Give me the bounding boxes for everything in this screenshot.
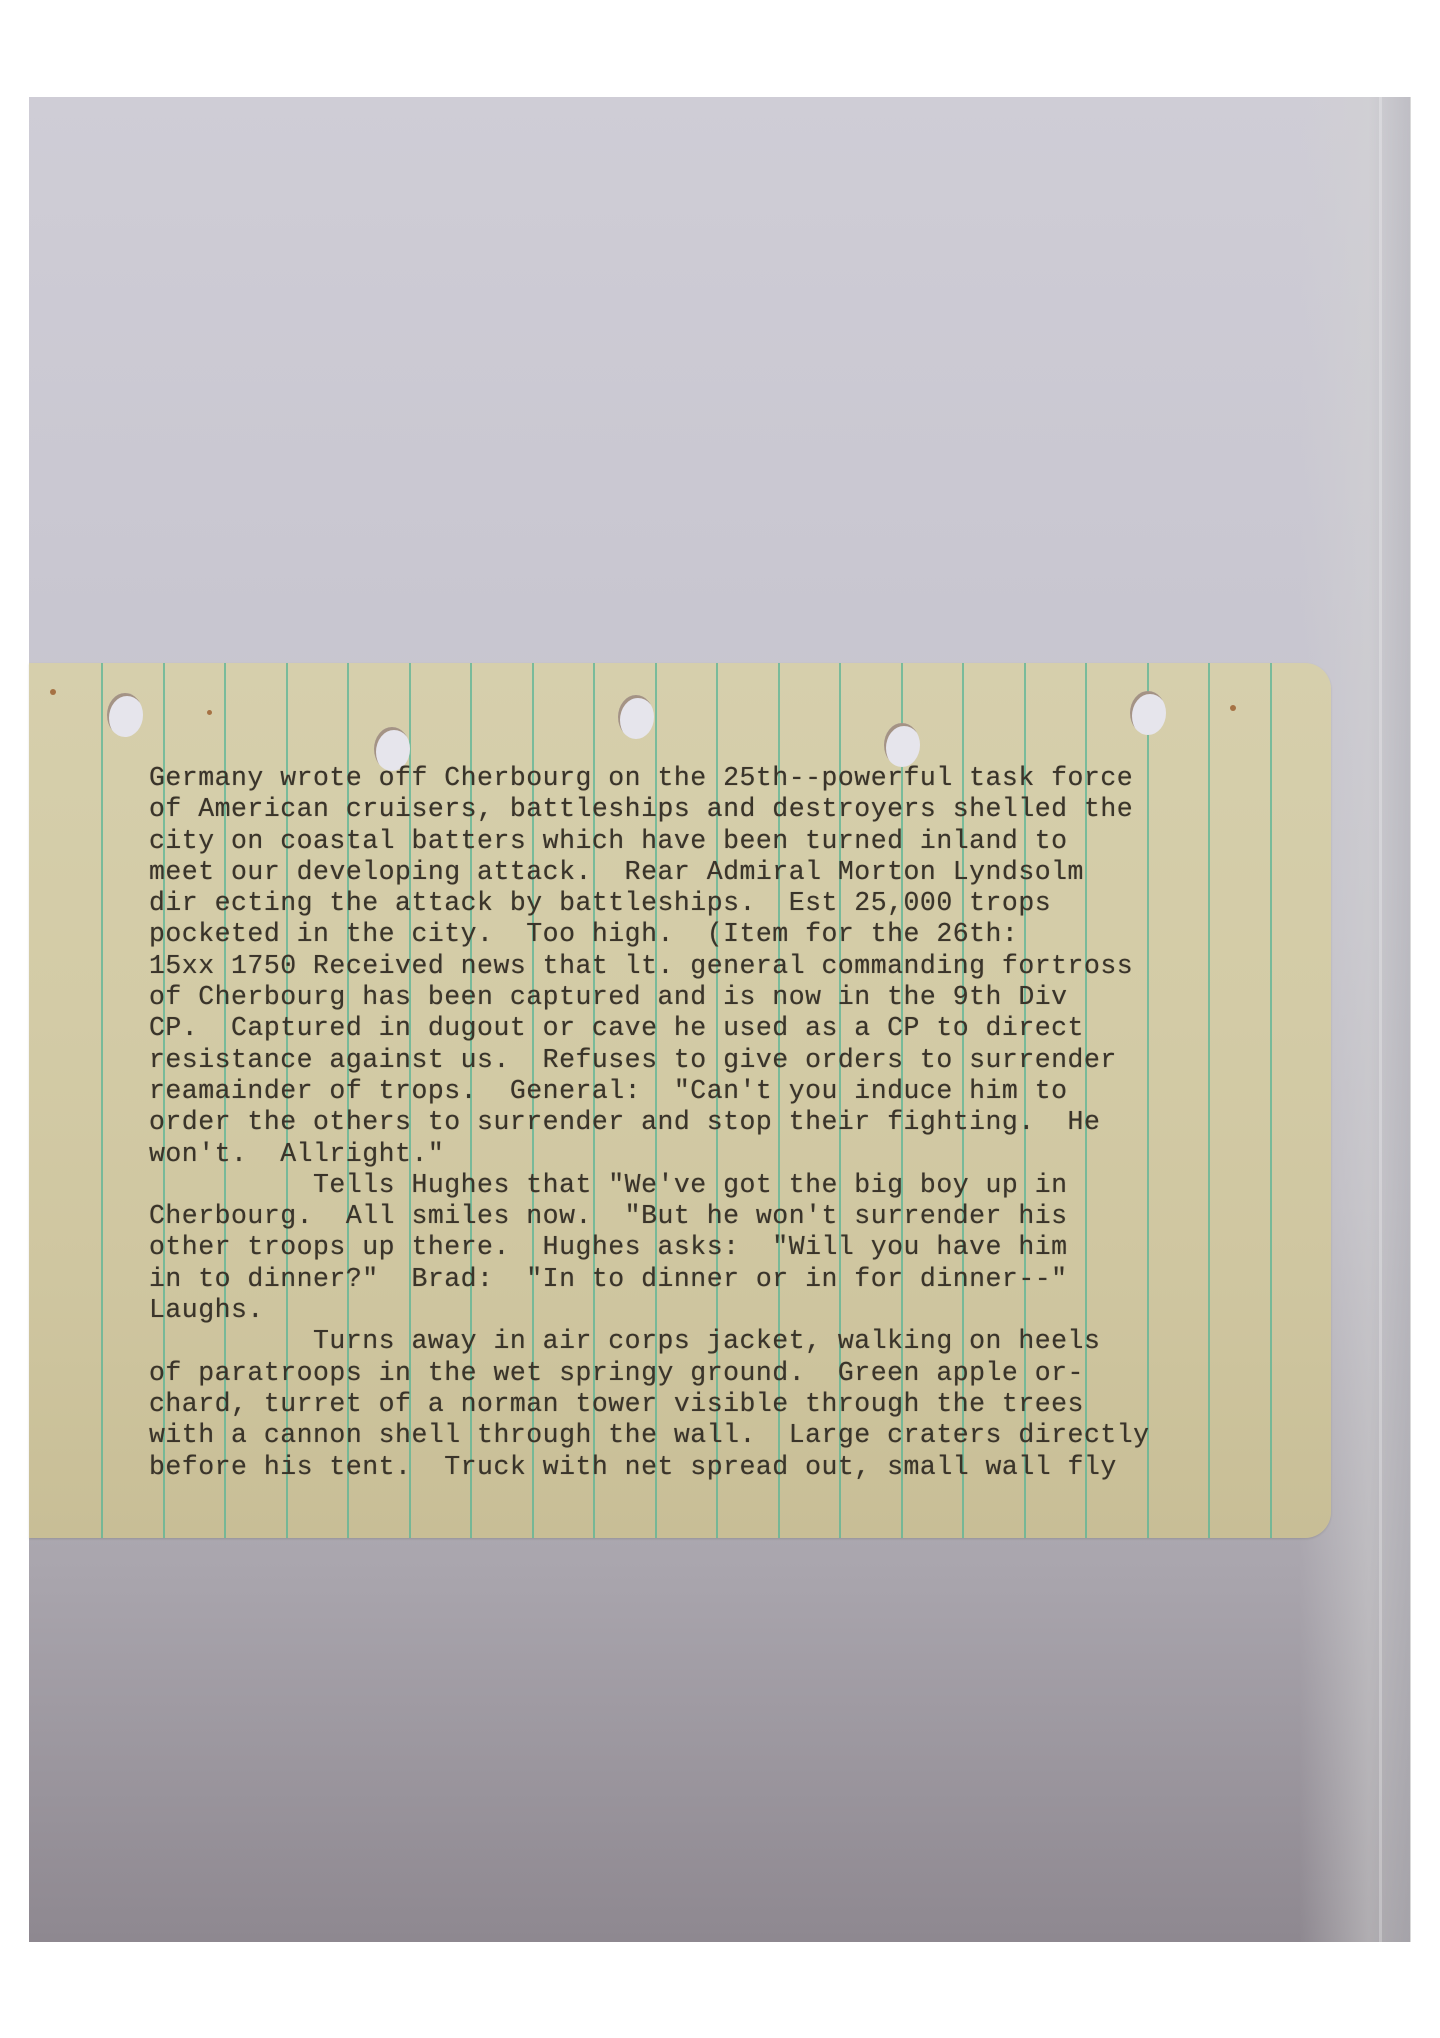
typed-line: other troops up there. Hughes asks: "Wil…	[149, 1232, 1329, 1263]
typed-text-block: Germany wrote off Cherbourg on the 25th-…	[149, 763, 1329, 1483]
punch-hole	[618, 695, 654, 739]
typed-line: Germany wrote off Cherbourg on the 25th-…	[149, 763, 1329, 794]
rust-stain	[207, 710, 212, 715]
punch-hole	[1130, 691, 1166, 735]
typed-line: 15xx 1750 Received news that lt. general…	[149, 951, 1329, 982]
rust-stain	[50, 689, 56, 695]
typed-line: of paratroops in the wet springy ground.…	[149, 1358, 1329, 1389]
typed-line: city on coastal batters which have been …	[149, 826, 1329, 857]
typed-line: of Cherbourg has been captured and is no…	[149, 982, 1329, 1013]
typed-line: meet our developing attack. Rear Admiral…	[149, 857, 1329, 888]
typed-line: CP. Captured in dugout or cave he used a…	[149, 1013, 1329, 1044]
typed-line: reamainder of trops. General: "Can't you…	[149, 1076, 1329, 1107]
typed-line: Cherbourg. All smiles now. "But he won't…	[149, 1201, 1329, 1232]
rust-stain	[1230, 705, 1236, 711]
punch-hole	[107, 693, 143, 737]
typed-line: order the others to surrender and stop t…	[149, 1107, 1329, 1138]
typed-line: before his tent. Truck with net spread o…	[149, 1452, 1329, 1483]
typed-line: chard, turret of a norman tower visible …	[149, 1389, 1329, 1420]
typed-line: won't. Allright."	[149, 1139, 1329, 1170]
typed-line: with a cannon shell through the wall. La…	[149, 1420, 1329, 1451]
typed-line: Laughs.	[149, 1295, 1329, 1326]
punch-hole	[884, 723, 920, 767]
index-card: Germany wrote off Cherbourg on the 25th-…	[29, 663, 1331, 1538]
typed-line: Turns away in air corps jacket, walking …	[149, 1326, 1329, 1357]
typed-line: in to dinner?" Brad: "In to dinner or in…	[149, 1264, 1329, 1295]
typed-line: dir ecting the attack by battleships. Es…	[149, 888, 1329, 919]
typed-line: of American cruisers, battleships and de…	[149, 794, 1329, 825]
typed-line: resistance against us. Refuses to give o…	[149, 1045, 1329, 1076]
typed-line: Tells Hughes that "We've got the big boy…	[149, 1170, 1329, 1201]
typed-line: pocketed in the city. Too high. (Item fo…	[149, 919, 1329, 950]
